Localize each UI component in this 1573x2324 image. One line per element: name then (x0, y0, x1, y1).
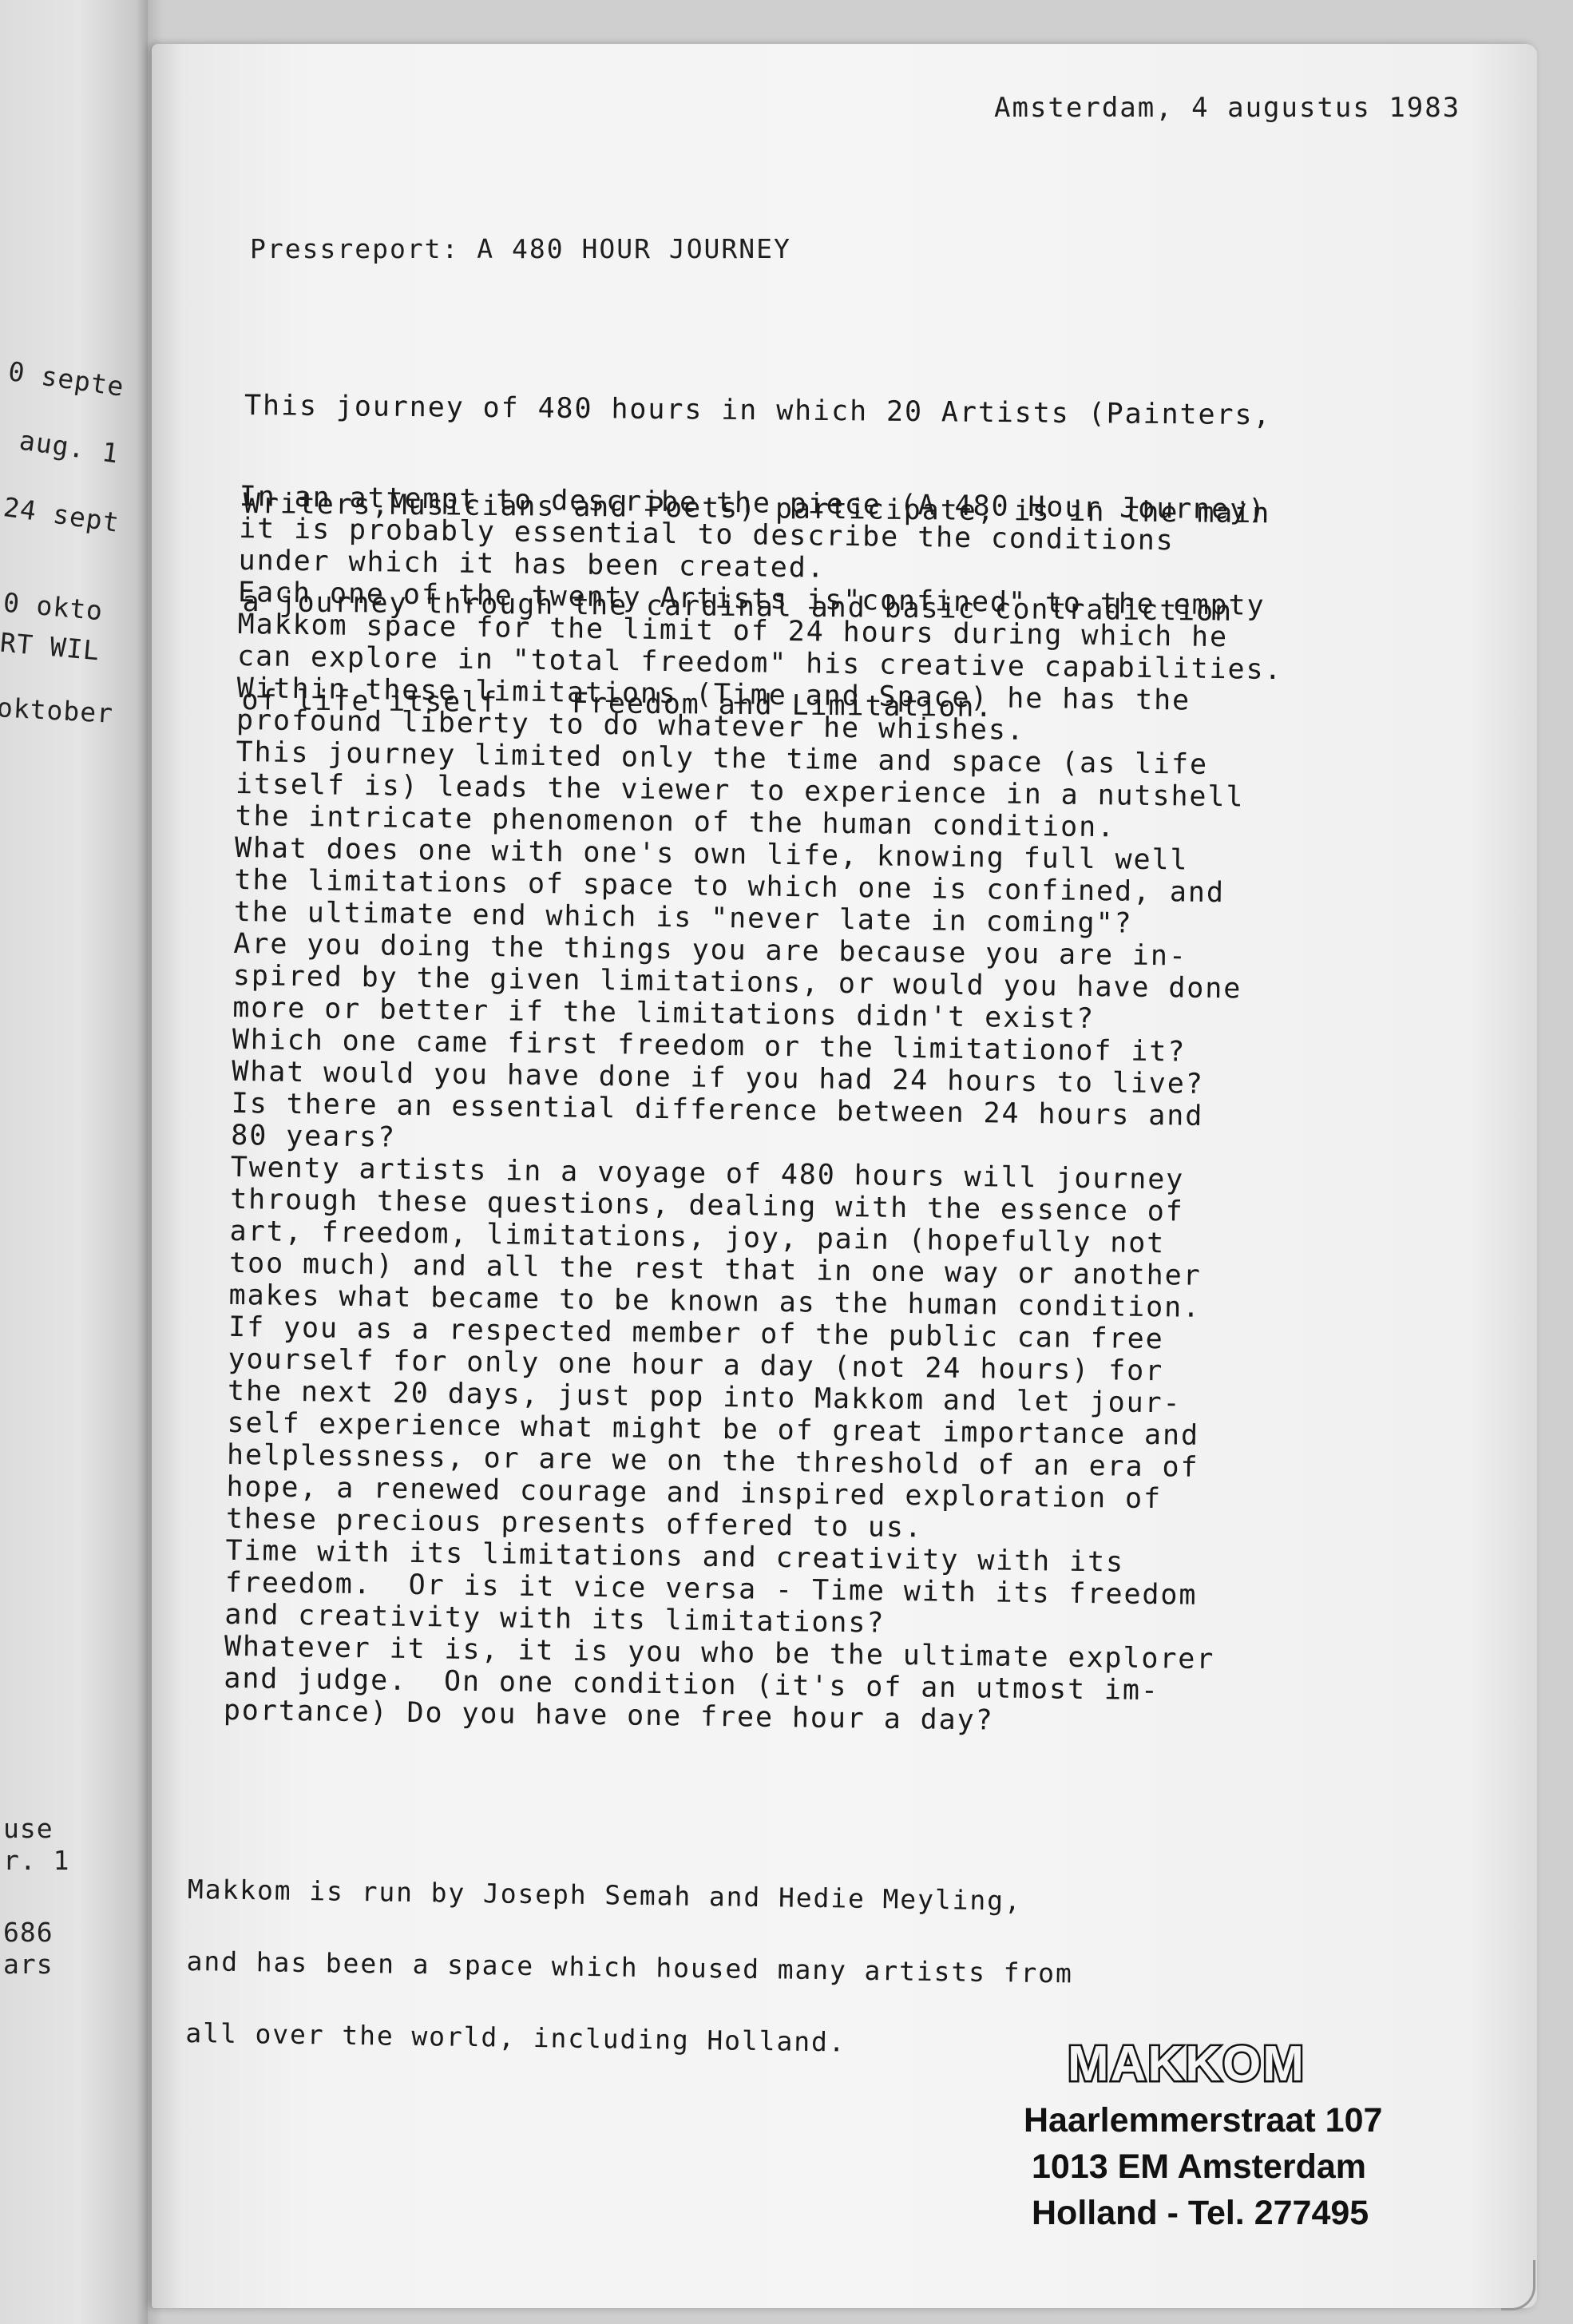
address-street: Haarlemmerstraat 107 (1024, 2097, 1382, 2144)
left-page-fragment: RT WIL (0, 627, 101, 667)
letterhead-stamp: MAKKOM Haarlemmerstraat 107 1013 EM Amst… (1022, 2036, 1382, 2236)
left-page-fragment: 0 okto (2, 587, 105, 627)
left-page-fragment: oktober (0, 692, 114, 729)
left-page-fragment: 24 sept (2, 491, 121, 538)
left-page-fragment: r. 1 (3, 1845, 69, 1876)
address-city: 1013 EM Amsterdam (1032, 2144, 1382, 2190)
address-country-phone: Holland - Tel. 277495 (1032, 2190, 1382, 2236)
left-page-fragment: use (3, 1813, 53, 1844)
text-line: all over the world, including Holland. (185, 2021, 1072, 2057)
document-title: Pressreport: A 480 HOUR JOURNEY (250, 233, 791, 264)
text-line: and has been a space which housed many a… (186, 1949, 1072, 1985)
left-page: 0 septe aug. 1 24 sept 0 okto RT WIL okt… (0, 0, 148, 2324)
left-page-fragment: 0 septe (6, 355, 126, 403)
paragraph-about-makkom: Makkom is run by Joseph Semah and Hedie … (185, 1830, 1075, 2081)
dateline: Amsterdam, 4 augustus 1983 (994, 92, 1460, 124)
left-page-fragment: ars (3, 1949, 53, 1980)
left-page-fragment: 686 (3, 1917, 53, 1948)
paragraph-main: In an attempt to describe the piece (A 4… (224, 481, 1286, 1740)
makkom-logo: MAKKOM (1068, 2036, 1382, 2092)
text-line: This journey of 480 hours in which 20 Ar… (244, 390, 1272, 432)
text-line: Makkom is run by Joseph Semah and Hedie … (188, 1878, 1074, 1914)
left-page-fragment: aug. 1 (18, 424, 121, 469)
